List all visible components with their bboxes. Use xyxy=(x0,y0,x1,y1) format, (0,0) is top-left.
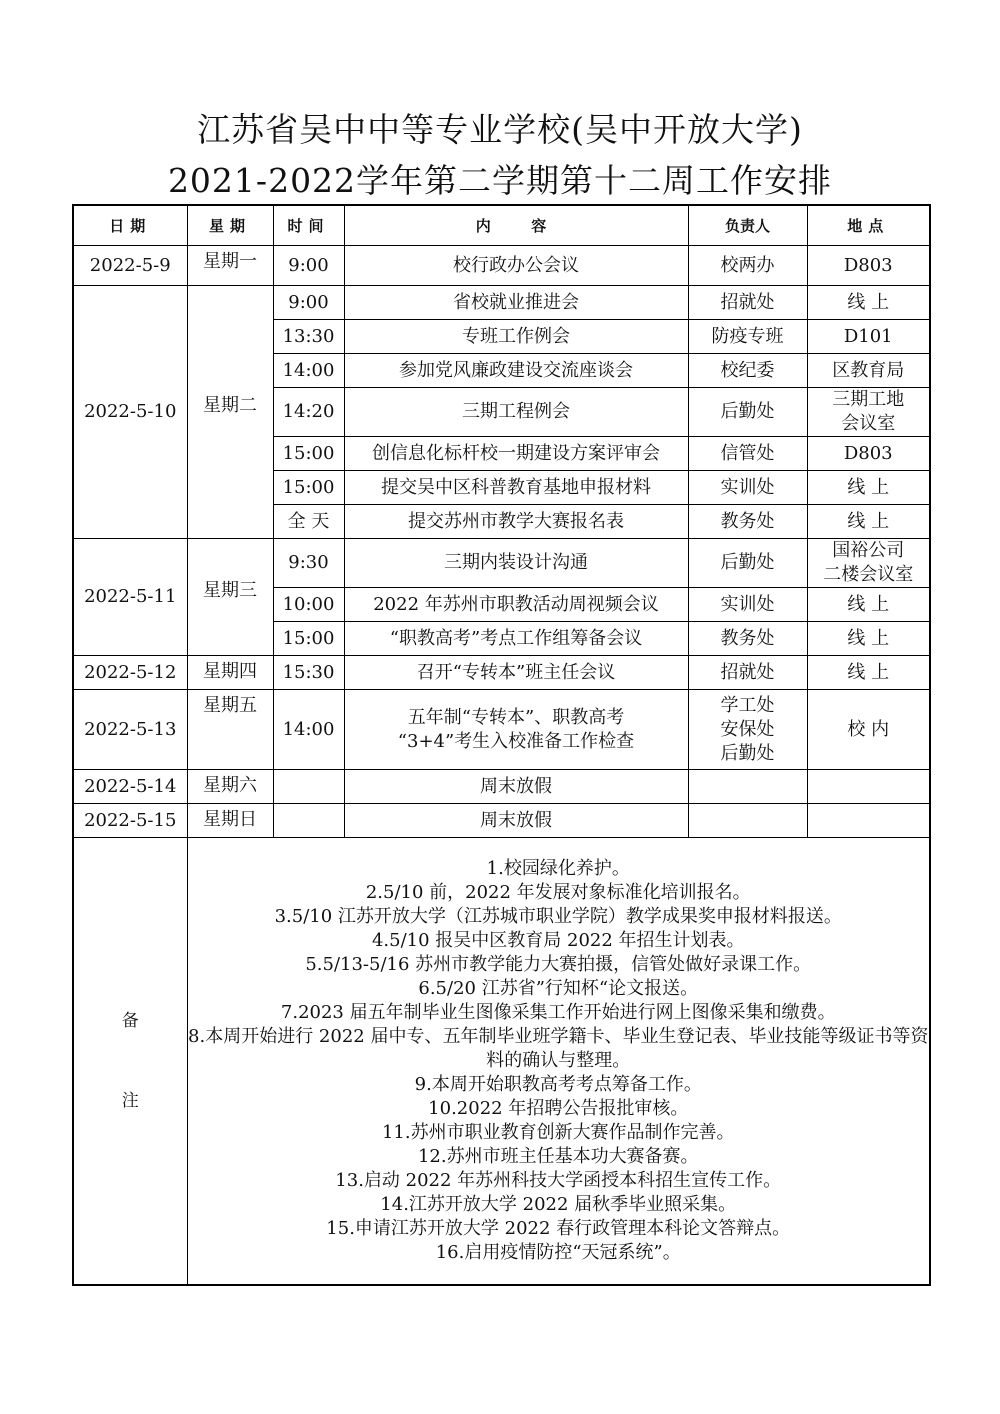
place-cell: 线 上 xyxy=(807,622,930,656)
owner-cell: 防疫专班 xyxy=(688,320,807,354)
owner-cell: 教务处 xyxy=(688,505,807,539)
owner-cell: 招就处 xyxy=(688,656,807,690)
remarks-item: 15.申请江苏开放大学 2022 春行政管理本科论文答辩点。 xyxy=(188,1217,930,1241)
remarks-item: 9.本周开始职教高考考点筹备工作。 xyxy=(188,1073,930,1097)
weekday-cell: 星期五 xyxy=(187,690,273,770)
table-header-row: 日期 星期 时间 内 容 负责人 地点 xyxy=(73,205,930,246)
remarks-item: 6.5/20 江苏省”行知杯“论文报送。 xyxy=(188,977,930,1001)
owner-cell: 招就处 xyxy=(688,286,807,320)
remarks-label-top: 备 xyxy=(74,981,187,1061)
owner-cell: 实训处 xyxy=(688,588,807,622)
content-cell: 三期工程例会 xyxy=(344,388,688,437)
date-cell: 2022-5-15 xyxy=(73,804,187,838)
schedule-body: 2022-5-9星期一9:00校行政办公会议校两办D8032022-5-10星期… xyxy=(73,246,930,838)
table-row: 2022-5-12星期四15:30召开“专转本”班主任会议招就处线 上 xyxy=(73,656,930,690)
owner-cell xyxy=(688,770,807,804)
date-cell: 2022-5-13 xyxy=(73,690,187,770)
content-cell: 参加党风廉政建设交流座谈会 xyxy=(344,354,688,388)
table-row: 2022-5-13星期五14:00五年制“专转本”、职教高考 “3+4”考生入校… xyxy=(73,690,930,770)
header-content: 内 容 xyxy=(344,205,688,246)
place-cell: D803 xyxy=(807,246,930,286)
date-cell: 2022-5-10 xyxy=(73,286,187,539)
time-cell: 15:00 xyxy=(273,437,344,471)
place-cell: 国裕公司 二楼会议室 xyxy=(807,539,930,588)
owner-cell: 后勤处 xyxy=(688,388,807,437)
place-cell: 校 内 xyxy=(807,690,930,770)
content-cell: 五年制“专转本”、职教高考 “3+4”考生入校准备工作检查 xyxy=(344,690,688,770)
weekday-cell: 星期三 xyxy=(187,539,273,656)
content-cell: “职教高考”考点工作组筹备会议 xyxy=(344,622,688,656)
content-cell: 周末放假 xyxy=(344,804,688,838)
remarks-item: 7.2023 届五年制毕业生图像采集工作开始进行网上图像采集和缴费。 xyxy=(188,1001,930,1025)
weekday-cell: 星期一 xyxy=(187,246,273,286)
time-cell: 9:00 xyxy=(273,246,344,286)
content-cell: 专班工作例会 xyxy=(344,320,688,354)
weekday-cell: 星期六 xyxy=(187,770,273,804)
date-cell: 2022-5-11 xyxy=(73,539,187,656)
remarks-item: 4.5/10 报吴中区教育局 2022 年招生计划表。 xyxy=(188,929,930,953)
content-cell: 召开“专转本”班主任会议 xyxy=(344,656,688,690)
remarks-item: 13.启动 2022 年苏州科技大学函授本科招生宣传工作。 xyxy=(188,1169,930,1193)
time-cell: 9:00 xyxy=(273,286,344,320)
remarks-list: 1.校园绿化养护。2.5/10 前，2022 年发展对象标准化培训报名。3.5/… xyxy=(187,838,930,1286)
content-cell: 三期内装设计沟通 xyxy=(344,539,688,588)
place-cell: 三期工地 会议室 xyxy=(807,388,930,437)
table-row: 2022-5-9星期一9:00校行政办公会议校两办D803 xyxy=(73,246,930,286)
table-row: 2022-5-14星期六周末放假 xyxy=(73,770,930,804)
header-weekday: 星期 xyxy=(187,205,273,246)
remarks-label: 备 注 xyxy=(73,838,187,1286)
owner-cell: 教务处 xyxy=(688,622,807,656)
document-title-school: 江苏省吴中中等专业学校(吴中开放大学) xyxy=(0,104,1000,151)
time-cell: 13:30 xyxy=(273,320,344,354)
time-cell: 15:30 xyxy=(273,656,344,690)
owner-cell: 学工处 安保处 后勤处 xyxy=(688,690,807,770)
place-cell: 区教育局 xyxy=(807,354,930,388)
time-cell: 14:00 xyxy=(273,690,344,770)
place-cell xyxy=(807,770,930,804)
place-cell: 线 上 xyxy=(807,286,930,320)
time-cell: 9:30 xyxy=(273,539,344,588)
header-time: 时间 xyxy=(273,205,344,246)
time-cell xyxy=(273,804,344,838)
table-row: 2022-5-10星期二9:00省校就业推进会招就处线 上 xyxy=(73,286,930,320)
header-place: 地点 xyxy=(807,205,930,246)
owner-cell xyxy=(688,804,807,838)
time-cell: 全 天 xyxy=(273,505,344,539)
place-cell: 线 上 xyxy=(807,588,930,622)
header-owner: 负责人 xyxy=(688,205,807,246)
table-row: 2022-5-15星期日周末放假 xyxy=(73,804,930,838)
content-cell: 省校就业推进会 xyxy=(344,286,688,320)
content-cell: 周末放假 xyxy=(344,770,688,804)
time-cell: 15:00 xyxy=(273,622,344,656)
remarks-item: 12.苏州市班主任基本功大赛备赛。 xyxy=(188,1145,930,1169)
time-cell: 15:00 xyxy=(273,471,344,505)
date-cell: 2022-5-9 xyxy=(73,246,187,286)
remarks-item: 2.5/10 前，2022 年发展对象标准化培训报名。 xyxy=(188,881,930,905)
remarks-row: 备 注 1.校园绿化养护。2.5/10 前，2022 年发展对象标准化培训报名。… xyxy=(73,838,930,1286)
remarks-label-bottom: 注 xyxy=(74,1061,187,1141)
header-date: 日期 xyxy=(73,205,187,246)
remarks-item: 1.校园绿化养护。 xyxy=(188,857,930,881)
owner-cell: 校两办 xyxy=(688,246,807,286)
weekday-cell: 星期日 xyxy=(187,804,273,838)
date-cell: 2022-5-14 xyxy=(73,770,187,804)
content-cell: 2022 年苏州市职教活动周视频会议 xyxy=(344,588,688,622)
owner-cell: 校纪委 xyxy=(688,354,807,388)
weekday-cell: 星期四 xyxy=(187,656,273,690)
table-row: 2022-5-11星期三9:30三期内装设计沟通后勤处国裕公司 二楼会议室 xyxy=(73,539,930,588)
document-title-schedule: 2021-2022学年第二学期第十二周工作安排 xyxy=(0,155,1000,202)
time-cell: 14:20 xyxy=(273,388,344,437)
weekly-schedule-table: 日期 星期 时间 内 容 负责人 地点 2022-5-9星期一9:00校行政办公… xyxy=(72,204,931,1286)
remarks-item: 11.苏州市职业教育创新大赛作品制作完善。 xyxy=(188,1121,930,1145)
remarks-item: 5.5/13-5/16 苏州市教学能力大赛拍摄，信管处做好录课工作。 xyxy=(188,953,930,977)
content-cell: 创信息化标杆校一期建设方案评审会 xyxy=(344,437,688,471)
time-cell xyxy=(273,770,344,804)
remarks-item: 14.江苏开放大学 2022 届秋季毕业照采集。 xyxy=(188,1193,930,1217)
owner-cell: 实训处 xyxy=(688,471,807,505)
place-cell: 线 上 xyxy=(807,505,930,539)
date-cell: 2022-5-12 xyxy=(73,656,187,690)
place-cell: D803 xyxy=(807,437,930,471)
remarks-item: 16.启用疫情防控“天冠系统”。 xyxy=(188,1241,930,1265)
remarks-item: 8.本周开始进行 2022 届中专、五年制毕业班学籍卡、毕业生登记表、毕业技能等… xyxy=(188,1025,930,1073)
place-cell: 线 上 xyxy=(807,471,930,505)
weekday-cell: 星期二 xyxy=(187,286,273,539)
place-cell: 线 上 xyxy=(807,656,930,690)
place-cell: D101 xyxy=(807,320,930,354)
time-cell: 14:00 xyxy=(273,354,344,388)
remarks-item: 3.5/10 江苏开放大学（江苏城市职业学院）教学成果奖申报材料报送。 xyxy=(188,905,930,929)
owner-cell: 信管处 xyxy=(688,437,807,471)
place-cell xyxy=(807,804,930,838)
time-cell: 10:00 xyxy=(273,588,344,622)
owner-cell: 后勤处 xyxy=(688,539,807,588)
content-cell: 提交苏州市教学大赛报名表 xyxy=(344,505,688,539)
remarks-item: 10.2022 年招聘公告报批审核。 xyxy=(188,1097,930,1121)
content-cell: 提交吴中区科普教育基地申报材料 xyxy=(344,471,688,505)
content-cell: 校行政办公会议 xyxy=(344,246,688,286)
